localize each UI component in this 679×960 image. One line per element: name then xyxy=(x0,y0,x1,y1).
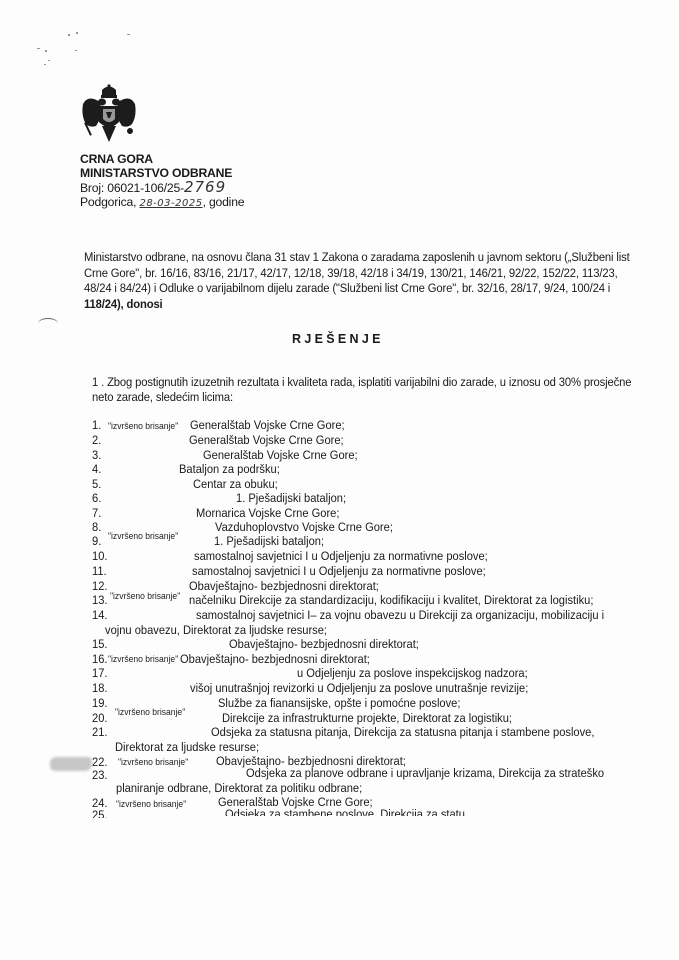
list-number: 11. xyxy=(92,564,107,578)
date-handwritten: 28-03-2025 xyxy=(139,198,202,209)
list-item-continuation: planiranje odbrane, Direktorat za politi… xyxy=(116,781,362,795)
redaction-note: "izvršeno brisanje" xyxy=(118,757,188,767)
list-item-text: u Odjeljenju za poslove inspekcijskog na… xyxy=(297,666,528,680)
list-item-continuation: Direktorat za ljudske resurse; xyxy=(115,740,259,754)
date-suffix: , godine xyxy=(203,195,245,209)
scan-speck xyxy=(68,34,70,36)
list-item-text: Obavještajno- bezbjednosni direktorat; xyxy=(180,652,370,666)
list-item-text: Odsjeka za statusna pitanja, Direkcija z… xyxy=(211,725,594,739)
list-number: 12. xyxy=(92,579,107,593)
margin-mark xyxy=(38,318,58,329)
country-name: CRNA GORA xyxy=(80,152,153,166)
scan-speck xyxy=(76,32,78,34)
place-label: Podgorica, xyxy=(80,195,136,209)
document-number: Broj: 06021-106/25-2769 xyxy=(80,180,226,195)
list-item-text: višoj unutrašnjoj revizorki u Odjeljenju… xyxy=(190,681,528,695)
list-item-text: Vazduhoplovstvo Vojske Crne Gore; xyxy=(215,520,393,534)
number-label: Broj: 06021-106/25- xyxy=(80,181,184,195)
list-item-text: Centar za obuku; xyxy=(193,477,278,491)
section-1-line: neto zarade, sledećim licima: xyxy=(92,390,233,405)
list-item-text: samostalnoj savjetnici I u Odjeljenju za… xyxy=(194,549,488,563)
preamble-line: 118/24), donosi xyxy=(84,297,163,312)
montenegro-coat-of-arms-icon xyxy=(80,84,138,146)
list-number: 6. xyxy=(92,491,101,505)
document-page: CRNA GORA MINISTARSTVO ODBRANE Broj: 060… xyxy=(0,0,679,960)
list-item-text: Generalštab Vojske Crne Gore; xyxy=(203,448,358,462)
scan-speck xyxy=(75,50,77,51)
redaction-note: "izvršeno brisanje" xyxy=(108,421,178,431)
preamble-line: Crne Gore", br. 16/16, 83/16, 21/17, 42/… xyxy=(84,266,618,281)
scan-speck xyxy=(127,34,130,35)
list-number: 9. xyxy=(92,534,101,548)
redaction-note: "izvršeno brisanje" xyxy=(108,531,178,541)
number-handwritten: 2769 xyxy=(184,178,226,196)
scan-speck xyxy=(45,50,47,52)
list-number: 22. xyxy=(92,755,107,769)
list-number: 7. xyxy=(92,506,101,520)
redaction-note: "izvršeno brisanje" xyxy=(116,799,186,809)
list-item-text: Generalštab Vojske Crne Gore; xyxy=(190,418,345,432)
list-number: 1. xyxy=(92,418,101,432)
redaction-note: "izvršeno brisanje" xyxy=(115,707,185,717)
list-item-text: Generalštab Vojske Crne Gore; xyxy=(189,433,344,447)
list-number: 21. xyxy=(92,725,107,739)
list-item-text: Službe za fianansijske, opšte i pomoćne … xyxy=(218,696,460,710)
list-item-text: Direkcije za infrastrukturne projekte, D… xyxy=(222,711,512,725)
section-1-line: 1 . Zbog postignutih izuzetnih rezultata… xyxy=(92,375,631,390)
list-number: 20. xyxy=(92,711,107,725)
list-number: 19. xyxy=(92,696,107,710)
list-number: 8. xyxy=(92,520,101,534)
list-number: 14. xyxy=(92,608,107,622)
list-number: 15. xyxy=(92,637,107,651)
list-number: 25. xyxy=(92,808,107,818)
list-item-text: 1. Pješadijski bataljon; xyxy=(236,491,346,505)
list-item-continuation: vojnu obavezu, Direktorat za ljudske res… xyxy=(105,623,327,637)
list-item-text: Obavještajno- bezbjednosni direktorat; xyxy=(229,637,419,651)
redaction-note: "izvršeno brisanje" xyxy=(110,591,180,601)
list-item-text: načelniku Direkcije za standardizaciju, … xyxy=(189,593,593,607)
list-item-text: Obavještajno- bezbjednosni direktorat; xyxy=(189,579,379,593)
list-item-text-truncated: Odsjeka za stambene poslove, Direkcija z… xyxy=(225,807,474,816)
scan-speck xyxy=(44,64,46,65)
preamble-line: Ministarstvo odbrane, na osnovu člana 31… xyxy=(84,250,630,265)
list-item-text: Bataljon za podršku; xyxy=(179,462,280,476)
list-number: 16. xyxy=(92,652,107,666)
list-number: 17. xyxy=(92,666,107,680)
scan-speck xyxy=(48,60,50,61)
list-number: 2. xyxy=(92,433,101,447)
list-number: 4. xyxy=(92,462,101,476)
list-number: 5. xyxy=(92,477,101,491)
document-title: RJEŠENJE xyxy=(292,332,384,346)
scan-smudge xyxy=(50,757,92,771)
list-item-text: Odsjeka za planove odbrane i upravljanje… xyxy=(246,766,604,780)
preamble-line: 48/24 i 84/24) i Odluke o varijabilnom d… xyxy=(84,281,610,296)
list-number: 13. xyxy=(92,593,107,607)
list-number: 3. xyxy=(92,448,101,462)
redaction-note: "izvršeno brisanje" xyxy=(108,654,178,664)
list-number: 23. xyxy=(92,768,107,782)
document-date: Podgorica, 28-03-2025, godine xyxy=(80,195,244,211)
list-item-text: 1. Pješadijski bataljon; xyxy=(214,534,324,548)
list-item-text: samostalnoj savjetnici I u Odjeljenju za… xyxy=(192,564,486,578)
list-number: 18. xyxy=(92,681,107,695)
scan-speck xyxy=(37,48,40,49)
list-item-text: samostalnoj savjetnici I– za vojnu obave… xyxy=(196,608,604,622)
list-number: 10. xyxy=(92,549,107,563)
list-item-text: Mornarica Vojske Crne Gore; xyxy=(196,506,339,520)
